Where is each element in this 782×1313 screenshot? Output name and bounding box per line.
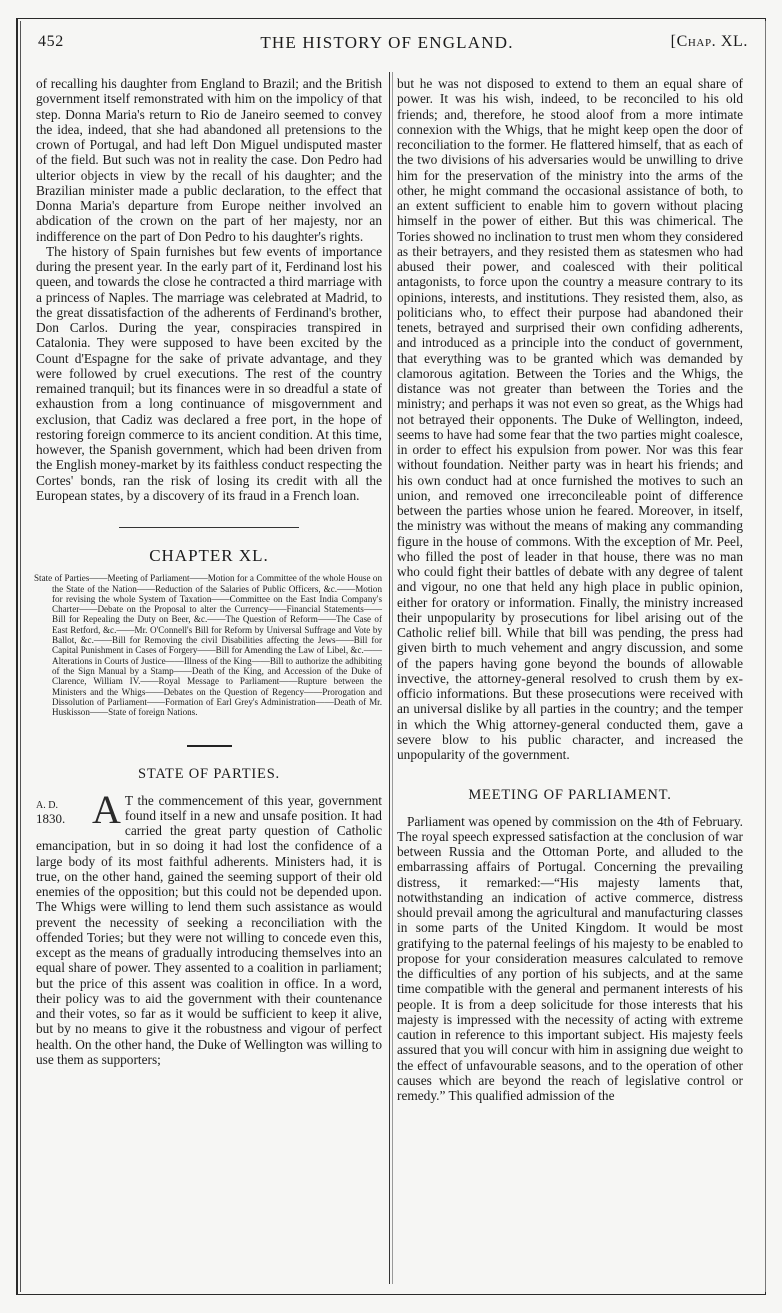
margin-year: 1830. [36,812,65,825]
book-title: THE HISTORY OF ENGLAND. [22,33,752,53]
section-title-meeting-of-parliament: MEETING OF PARLIAMENT. [397,788,743,803]
opening-remainder: It had carried the great party question … [36,808,382,1067]
opening-paragraph: A. D. 1830. A T the commencement of this… [36,793,382,1068]
chapter-title: CHAPTER XL. [36,548,382,563]
column-divider-shadow [392,72,393,1284]
margin-ad: A. D. [36,800,58,811]
short-rule [187,745,232,747]
column-divider [389,72,390,1284]
left-column: of recalling his daughter from England t… [36,76,382,1067]
paragraph-spain: The history of Spain furnishes but few e… [36,244,382,503]
running-head: 452 THE HISTORY OF ENGLAND. [Chap. XL. [22,23,752,49]
paragraph-parliament: Parliament was opened by commission on t… [397,814,743,1104]
paragraph-portugal: of recalling his daughter from England t… [36,76,382,244]
opening-first-sentence: T the commencement of this year, governm… [125,793,382,823]
spacer [397,762,743,788]
margin-date: A. D. 1830. [36,799,65,825]
chapter-synopsis: State of Parties——Meeting of Parliament—… [34,573,382,717]
chapter-reference-text: Chap. XL. [677,33,748,50]
right-column: but he was not disposed to extend to the… [397,76,743,1103]
drop-cap: A [92,795,121,825]
chapter-reference: [Chap. XL. [671,33,748,51]
section-rule [119,527,299,528]
section-title-state-of-parties: STATE OF PARTIES. [36,767,382,782]
paragraph-wellington: but he was not disposed to extend to the… [397,76,743,762]
